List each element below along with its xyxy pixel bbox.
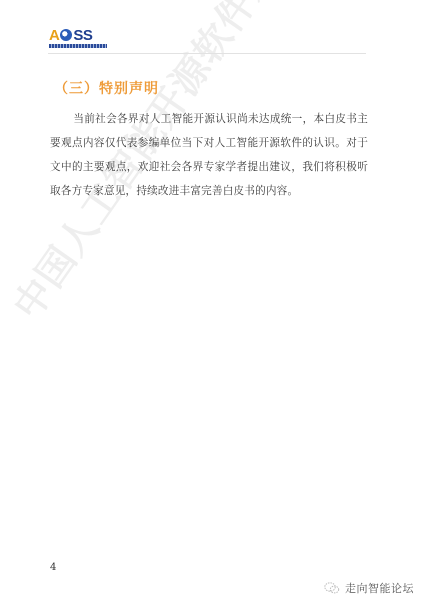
source-brand: 走向智能论坛 xyxy=(324,580,414,596)
logo-wordmark: ASS xyxy=(49,27,92,44)
header-divider xyxy=(48,53,366,54)
wechat-icon xyxy=(324,582,340,594)
globe-icon xyxy=(60,29,72,41)
logo-subtitle xyxy=(49,44,107,48)
section-title: （三）特别声明 xyxy=(54,78,159,98)
brand-name: 走向智能论坛 xyxy=(345,580,414,596)
section-paragraph: 当前社会各界对人工智能开源认识尚未达成统一，本白皮书主要观点内容仅代表参编单位当… xyxy=(50,107,368,203)
page-number: 4 xyxy=(50,562,56,573)
aioss-logo: ASS xyxy=(49,27,109,51)
